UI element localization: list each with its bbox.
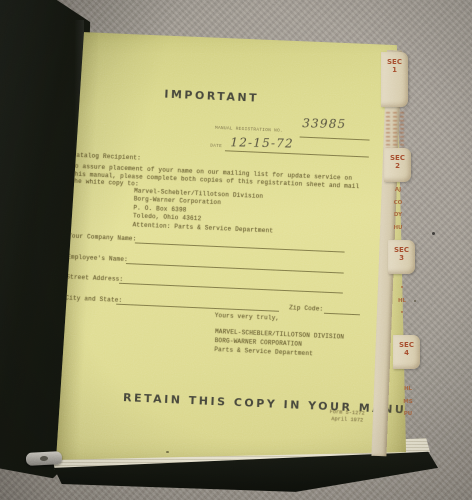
tab-sec-3: SEC 3 <box>388 240 415 274</box>
photo-of-open-manual-binder: IMPORTANT MANUAL REGISTRATION NO. 33985 … <box>0 0 472 500</box>
blank-line-zip-code <box>324 313 360 316</box>
tab-sec-1-label: SEC <box>381 52 408 66</box>
registration-number-value: 33985 <box>302 116 346 131</box>
page-heading: IMPORTANT <box>164 88 259 105</box>
tab-fine-print-item: HL <box>392 295 412 308</box>
tab-sec-1: SEC 1 <box>381 52 408 107</box>
form-date: April 1972 <box>331 416 363 423</box>
registration-page-content: IMPORTANT MANUAL REGISTRATION NO. 33985 … <box>65 32 399 473</box>
mailing-address-line: Attention: Parts & Service Department <box>133 221 274 234</box>
blank-line-street-address <box>119 283 343 294</box>
tab-sec-3-fine-print: • HL • <box>392 282 412 320</box>
tab-fine-print-item: AJ <box>388 184 408 197</box>
closing: Yours very truly, <box>215 312 280 322</box>
tab-sec-2-fine-print: AJ CO DY HU <box>388 184 408 234</box>
tab-sec-4: SEC 4 <box>393 335 420 369</box>
tab-fine-print-item: DY <box>388 209 408 222</box>
date-value: 12-15-72 <box>230 135 294 150</box>
tab-fine-print-item: CO <box>388 197 408 210</box>
date-label: DATE <box>210 144 222 150</box>
tab-sec-2: SEC 2 <box>384 148 411 182</box>
tab-fine-print-item: HL <box>398 383 418 396</box>
dust-speck <box>166 451 169 453</box>
tab-sec-4-fine-print: HL MS PU <box>398 383 418 421</box>
tab-sec-1-number: 1 <box>381 66 408 74</box>
field-label-street-address: Street Address: <box>66 273 123 282</box>
tab-fine-print-item: • <box>392 282 412 295</box>
field-label-company-name: Your Company Name: <box>68 233 137 243</box>
tab-sec-2-label: SEC <box>384 148 411 162</box>
tab-sec-2-number: 2 <box>384 162 411 170</box>
binder-ring-hardware <box>26 451 63 466</box>
field-label-zip-code: Zip Code: <box>289 304 323 312</box>
dust-speck <box>414 300 416 302</box>
tab-fine-print-item: • <box>392 307 412 320</box>
dust-speck <box>432 232 435 235</box>
registration-number-label: MANUAL REGISTRATION NO. <box>215 126 283 134</box>
tab-sec-4-number: 4 <box>393 349 420 357</box>
blank-line-city-state <box>116 304 279 312</box>
tab-sec-3-number: 3 <box>388 254 415 262</box>
blank-line-company-name <box>135 242 345 252</box>
blank-line-employee-name <box>126 263 344 274</box>
body-paragraph-line: the white copy to: <box>70 178 139 188</box>
tab-fine-print-item: HU <box>388 222 408 235</box>
field-label-city-state: City and State: <box>65 294 122 303</box>
field-label-employee-name: Employee's Name: <box>67 253 128 263</box>
date-line <box>225 150 369 157</box>
tab-fine-print-item: MS <box>398 396 418 409</box>
tab-fine-print-item: PU <box>398 408 418 421</box>
tab-sec-4-label: SEC <box>393 335 420 349</box>
registration-number-line <box>300 137 370 141</box>
registration-page: IMPORTANT MANUAL REGISTRATION NO. 33985 … <box>56 30 406 462</box>
tab-sec-3-label: SEC <box>388 240 415 254</box>
salutation: Catalog Recipient: <box>72 152 141 162</box>
